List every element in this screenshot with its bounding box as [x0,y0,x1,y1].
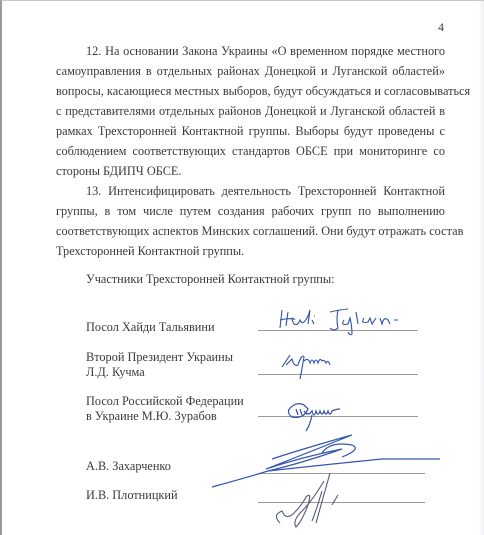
signatory-line: Посол Хайди Тальявини [86,320,215,335]
document-page: 4 12. На основании Закона Украины «О вре… [0,0,484,535]
signatory-line: И.В. Плотницкий [86,488,178,503]
paragraph-13: 13. Интенсифицировать деятельность Трехс… [56,181,445,261]
text-line: вопросы, касающиеся местных выборов, буд… [56,81,445,101]
text-line: стороны БДИПЧ ОБСЕ. [56,161,445,181]
text-line: 13. Интенсифицировать деятельность Трехс… [56,181,445,201]
signatory-line: Второй Президент Украины [86,350,233,365]
signatory-plotnitsky: И.В. Плотницкий [86,488,178,503]
signatory-line: Л.Д. Кучма [86,365,233,380]
text-line: 12. На основании Закона Украины «О време… [56,41,445,61]
scan-edge-shade [478,1,484,535]
page-number: 4 [438,20,444,35]
participants-heading: Участники Трехсторонней Контактной групп… [86,272,335,287]
signature-kuchma [280,347,360,383]
signatory-line: Посол Российской Федерации [86,394,244,409]
text-line: Трехсторонней Контактной группы. [56,241,445,261]
signatory-zurabov: Посол Российской Федерации в Украине М.Ю… [86,394,244,424]
signatory-kuchma: Второй Президент Украины Л.Д. Кучма [86,350,233,380]
signatory-line: в Украине М.Ю. Зурабов [86,409,244,424]
text-line: самоуправления в отдельных районах Донец… [56,61,445,81]
text-line: с представителями отдельных районов Доне… [56,101,445,121]
text-line: рамках Трехсторонней Контактной группы. … [56,121,445,141]
text-line: группы, в том числе путем создания рабоч… [56,201,445,221]
signature-tagliavini [272,306,422,336]
signature-zurabov [284,397,374,433]
signatory-tagliavini: Посол Хайди Тальявини [86,320,215,335]
signatory-zakharchenko: А.В. Захарченко [86,459,171,474]
signature-plotnitsky [272,461,382,531]
signatory-line: А.В. Захарченко [86,459,171,474]
text-line: соответствующих аспектов Минских соглаше… [56,221,445,241]
paragraph-12: 12. На основании Закона Украины «О време… [56,41,445,181]
text-line: соблюдением соответствующих стандартов О… [56,141,445,161]
